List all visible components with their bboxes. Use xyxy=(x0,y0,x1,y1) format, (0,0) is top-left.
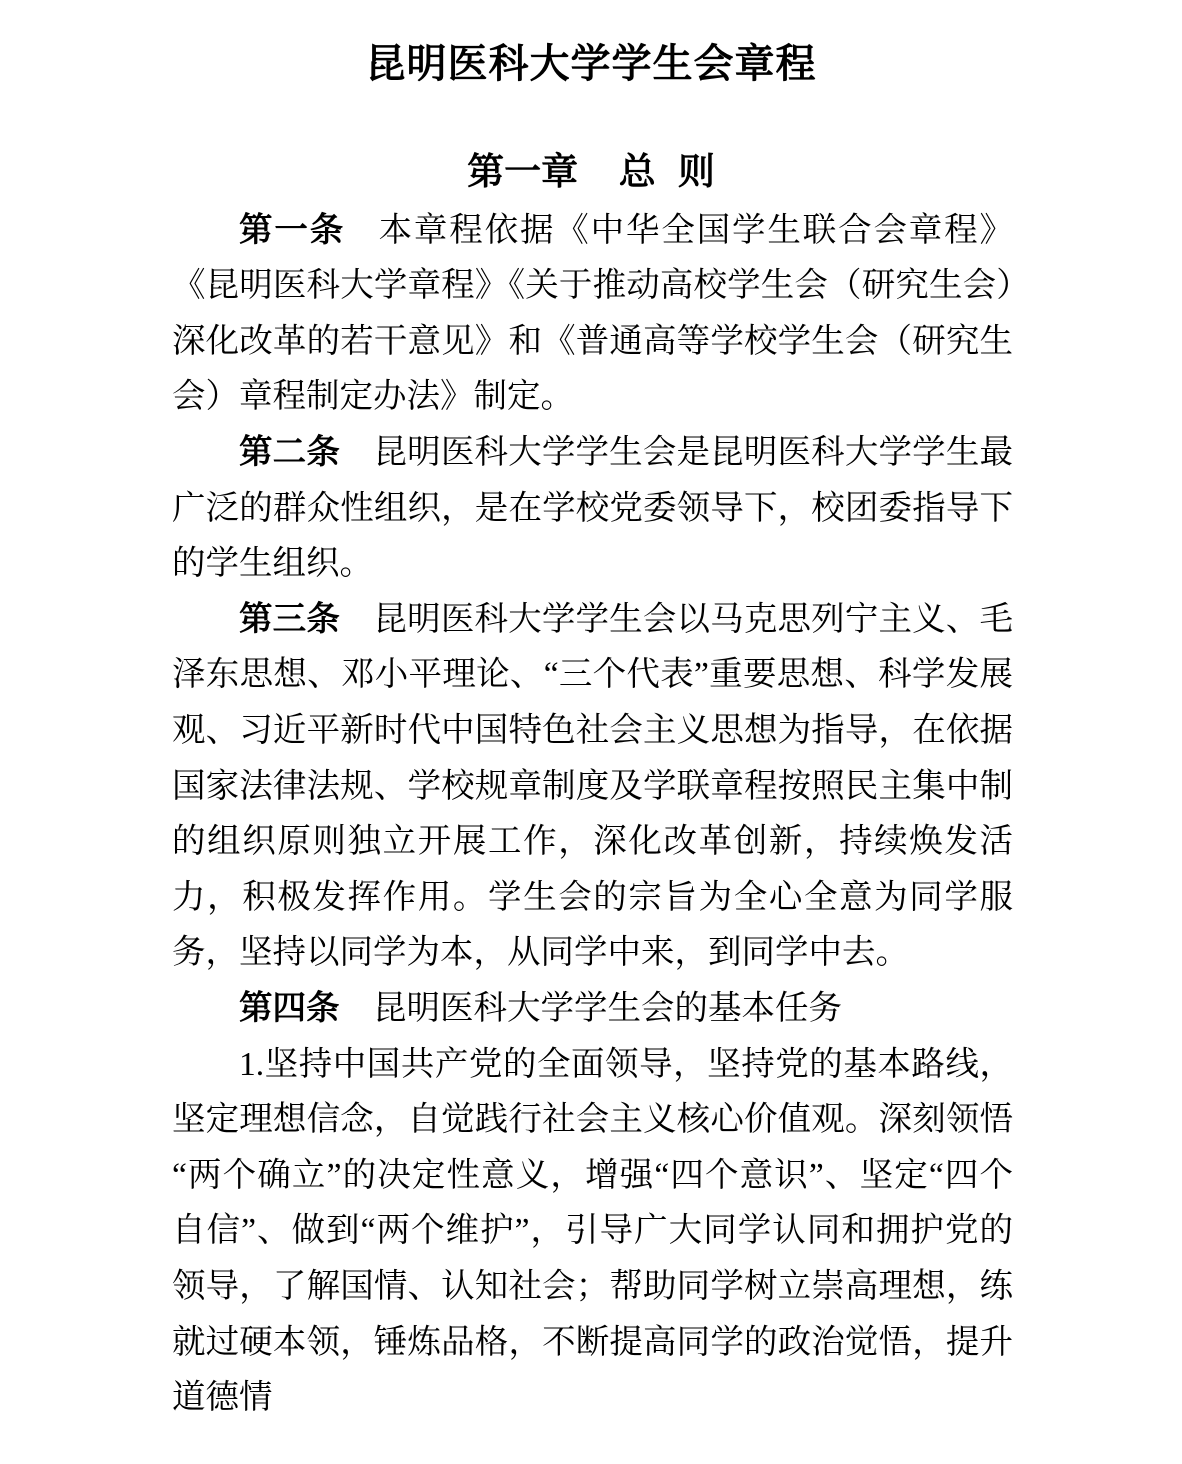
task-item-1-text: 1.坚持中国共产党的全面领导，坚持党的基本路线，坚定理想信念，自觉践行社会主义核… xyxy=(172,1046,1013,1417)
paragraph-article-3: 第三条昆明医科大学学生会以马克思列宁主义、毛泽东思想、邓小平理论、“三个代表”重… xyxy=(172,592,1013,981)
article-3-label: 第三条 xyxy=(239,601,340,638)
document-title: 昆明医科大学学生会章程 xyxy=(0,0,1182,88)
chapter-name: 总 则 xyxy=(619,150,715,193)
article-3-text: 昆明医科大学学生会以马克思列宁主义、毛泽东思想、邓小平理论、“三个代表”重要思想… xyxy=(172,601,1013,972)
paragraph-article-4: 第四条昆明医科大学学生会的基本任务 xyxy=(172,981,1013,1037)
document-body: 第一条本章程依据《中华全国学生联合会章程》《昆明医科大学章程》《关于推动高校学生… xyxy=(172,203,1013,1426)
article-1-label: 第一条 xyxy=(239,212,345,249)
article-2-label: 第二条 xyxy=(239,434,340,471)
article-4-label: 第四条 xyxy=(239,990,340,1027)
chapter-number: 第一章 xyxy=(467,150,578,193)
paragraph-article-2: 第二条昆明医科大学学生会是昆明医科大学学生最广泛的群众性组织，是在学校党委领导下… xyxy=(172,425,1013,592)
article-4-text: 昆明医科大学学生会的基本任务 xyxy=(373,990,842,1027)
paragraph-article-1: 第一条本章程依据《中华全国学生联合会章程》《昆明医科大学章程》《关于推动高校学生… xyxy=(172,203,1013,425)
paragraph-task-item-1: 1.坚持中国共产党的全面领导，坚持党的基本路线，坚定理想信念，自觉践行社会主义核… xyxy=(172,1037,1013,1426)
chapter-heading: 第一章总 则 xyxy=(0,152,1182,193)
document-page: 昆明医科大学学生会章程 第一章总 则 第一条本章程依据《中华全国学生联合会章程》… xyxy=(0,0,1182,1464)
